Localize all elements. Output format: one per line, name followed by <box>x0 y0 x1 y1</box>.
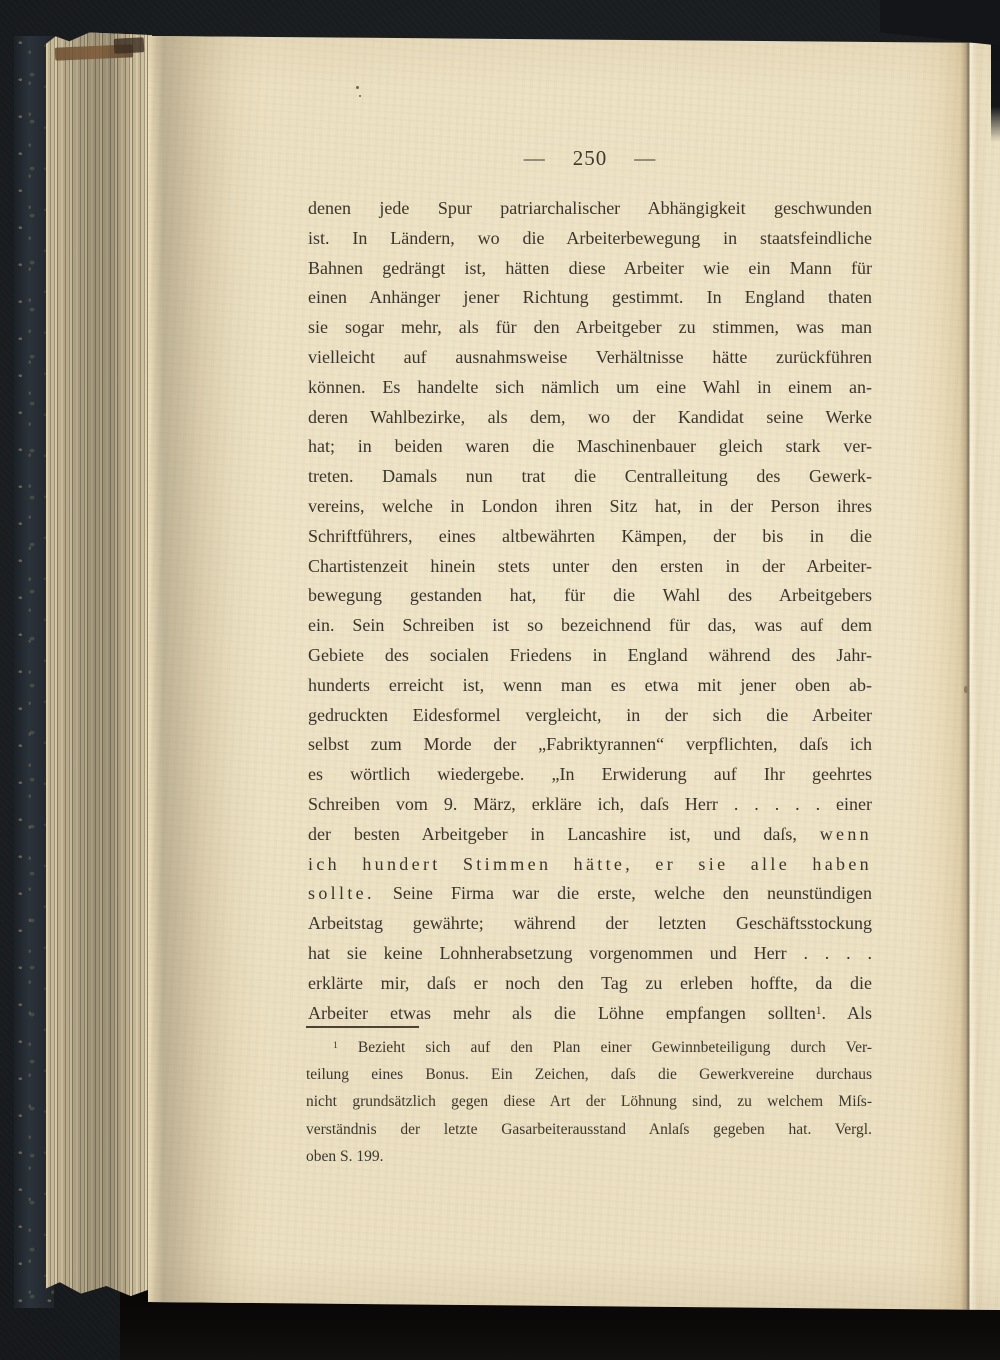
paper-speck <box>359 95 361 97</box>
text-line: sollte. Seine Firma war die erste, welch… <box>308 879 872 909</box>
text-line: hat sie keine Lohnherabsetzung vorgenomm… <box>308 939 872 969</box>
text-line: denen jede Spur patriarchalischer Abhäng… <box>308 194 872 224</box>
cover-turnover-strip <box>114 37 145 54</box>
text-line: selbst zum Morde der „Fabriktyrannen“ ve… <box>308 730 872 760</box>
header-dash-left: — <box>524 146 546 171</box>
text-line: vereins, welche in London ihren Sitz hat… <box>308 492 872 522</box>
text-line: ein. Sein Schreiben ist so bezeichnend f… <box>308 611 872 641</box>
text-line: einen Anhänger jener Richtung gestimmt. … <box>308 283 872 313</box>
header-dash-right: — <box>634 146 656 171</box>
text-line: hunderts erreicht ist, wenn man es etwa … <box>308 671 872 701</box>
crease-nick <box>964 686 968 693</box>
text-line: oben S. 199. <box>306 1143 872 1170</box>
text-line: teilung eines Bonus. Ein Zeichen, daſs d… <box>306 1061 872 1088</box>
text-line: vielleicht auf ausnahmsweise Verhältniss… <box>308 343 872 373</box>
page-number: 250 <box>573 146 608 171</box>
text-line: ich hundert Stimmen hätte, er sie alle h… <box>308 850 872 880</box>
text-line: können. Es handelte sich nämlich um eine… <box>308 373 872 403</box>
text-line: nicht grundsätzlich gegen diese Art der … <box>306 1088 872 1115</box>
text-line: treten. Damals nun trat die Centralleitu… <box>308 462 872 492</box>
book-page: — 250 — denen jede Spur patriarchalische… <box>148 36 1000 1310</box>
page-header: — 250 — <box>308 142 872 174</box>
footnote: 1 Bezieht sich auf den Plan einer Gewinn… <box>306 1034 872 1170</box>
text-line: deren Wahlbezirke, als dem, wo der Kandi… <box>308 403 872 433</box>
text-line: Arbeiter etwas mehr als die Löhne empfan… <box>308 999 872 1029</box>
text-line: Chartistenzeit hinein stets unter den er… <box>308 552 872 582</box>
text-line: bewegung gestanden hat, für die Wahl des… <box>308 581 872 611</box>
text-line: es wörtlich wiedergebe. „In Erwiderung a… <box>308 760 872 790</box>
paper-speck <box>356 86 359 89</box>
text-line: der besten Arbeitgeber in Lancashire ist… <box>308 820 872 850</box>
text-line: ist. In Ländern, wo die Arbeiterbewegung… <box>308 224 872 254</box>
text-line: Schreiben vom 9. März, erkläre ich, daſs… <box>308 790 872 820</box>
footnote-rule <box>306 1026 419 1028</box>
text-line: 1 Bezieht sich auf den Plan einer Gewinn… <box>306 1034 872 1061</box>
text-line: sie sogar mehr, als für den Arbeitgeber … <box>308 313 872 343</box>
text-line: erklärte mir, daſs er noch den Tag zu er… <box>308 969 872 999</box>
text-line: hat; in beiden waren die Maschinenbauer … <box>308 432 872 462</box>
text-line: Gebiete des socialen Friedens in England… <box>308 641 872 671</box>
stacked-page-edges <box>46 30 152 1296</box>
body-text: denen jede Spur patriarchalischer Abhäng… <box>308 194 872 1028</box>
text-line: verständnis der letzte Gasarbeiteraussta… <box>306 1116 872 1143</box>
text-line: Arbeitstag gewährte; während der letzten… <box>308 909 872 939</box>
page-content: — 250 — denen jede Spur patriarchalische… <box>148 36 1000 1310</box>
text-line: Schriftführers, eines altbewährten Kämpe… <box>308 522 872 552</box>
text-line: gedruckten Eidesformel vergleicht, in de… <box>308 701 872 731</box>
text-line: Bahnen gedrängt ist, hätten diese Arbeit… <box>308 254 872 284</box>
